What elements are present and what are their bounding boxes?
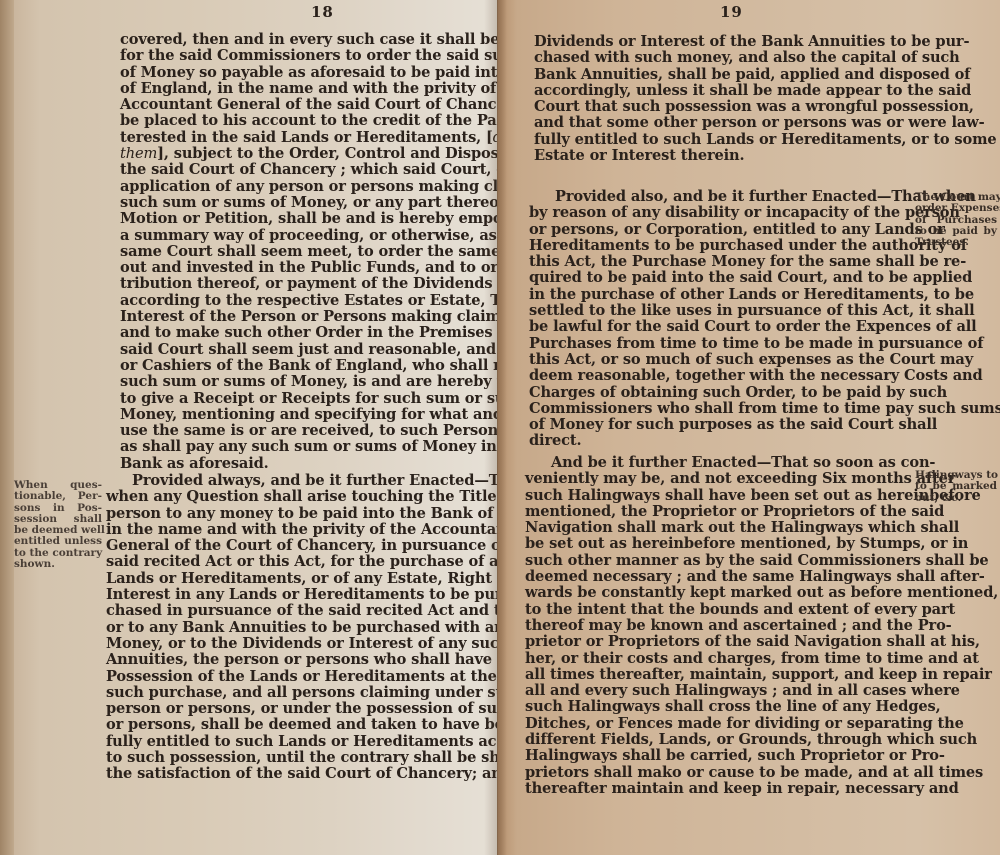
text-line: Halingways shall be carried, such Propri… bbox=[525, 748, 918, 764]
text-line: to be marked bbox=[915, 481, 997, 492]
text-line: Motion or Petition, shall be and is here… bbox=[120, 211, 497, 227]
text-line: application of any person or persons mak… bbox=[120, 179, 497, 195]
text-line: Money, mentioning and specifying for wha… bbox=[120, 407, 497, 423]
text-line: Possession of the Lands or Hereditaments… bbox=[106, 669, 497, 685]
text-line: Lands or Hereditaments, or of any Estate… bbox=[106, 571, 497, 587]
text-line: different Fields, Lands, or Grounds, thr… bbox=[525, 732, 918, 748]
text-line: when any Question shall arise touching t… bbox=[106, 489, 497, 505]
text-line: mentioned, the Proprietor or Proprietors… bbox=[525, 504, 918, 520]
text-line: to give a Receipt or Receipts for such s… bbox=[120, 391, 497, 407]
text-line: be set out as hereinbefore mentioned, by… bbox=[525, 536, 918, 552]
text-line: out, &c. bbox=[915, 493, 997, 504]
text-line: of England, in the name and with the pri… bbox=[120, 81, 497, 97]
text-line: Dividends or Interest of the Bank Annuit… bbox=[534, 34, 917, 50]
text-line: order Expenses bbox=[915, 203, 997, 214]
text-line: be placed to his account to the credit o… bbox=[120, 113, 497, 129]
paragraph-continuation: covered, then and in every such case it … bbox=[120, 32, 497, 472]
text-line: prietor or Proprietors of the said Navig… bbox=[525, 634, 918, 650]
text-line: fully entitled to such Lands or Heredita… bbox=[106, 734, 497, 750]
text-line: thereafter maintain and keep in repair, … bbox=[525, 781, 918, 797]
text-line: chased with such money, and also the cap… bbox=[534, 50, 917, 66]
text-line: said Court shall seem just and reasonabl… bbox=[120, 342, 497, 358]
left-page: 18 covered, then and in every such case … bbox=[0, 0, 497, 855]
paragraph-dividends: Dividends or Interest of the Bank Annuit… bbox=[534, 34, 917, 164]
text-line: of Money for such purposes as the said C… bbox=[529, 417, 918, 433]
text-line: fully entitled to such Lands or Heredita… bbox=[534, 132, 917, 148]
text-line: Hereditaments to be purchased under the … bbox=[529, 238, 918, 254]
text-line: deemed necessary ; and the same Halingwa… bbox=[525, 569, 918, 585]
text-line: And be it further Enacted—That so soon a… bbox=[525, 455, 918, 471]
text-line: according to the respective Estates or E… bbox=[120, 293, 497, 309]
text-line: accordingly, unless it shall be made app… bbox=[534, 83, 917, 99]
text-line: settled to the like uses in pursuance of… bbox=[529, 303, 918, 319]
text-line: be lawful for the said Court to order th… bbox=[529, 319, 918, 335]
text-line: Money, or to the Dividends or Interest o… bbox=[106, 636, 497, 652]
text-line: all times thereafter, maintain, support,… bbox=[525, 667, 918, 683]
text-line: them], subject to the Order, Control and… bbox=[120, 146, 497, 162]
text-line: to the intent that the bounds and extent… bbox=[525, 602, 918, 618]
text-line: such purchase, and all persons claiming … bbox=[106, 685, 497, 701]
text-line: use the same is or are received, to such… bbox=[120, 423, 497, 439]
text-line: prietors shall mako or cause to be made,… bbox=[525, 765, 918, 781]
text-line: shown. bbox=[14, 559, 102, 570]
text-line: or persons, or Corporation, entitled to … bbox=[529, 222, 918, 238]
paragraph-provided-always: Provided always, and be it further Enact… bbox=[106, 473, 497, 783]
text-line: or persons, shall be deemed and taken to… bbox=[106, 717, 497, 733]
text-line: tribution thereof, or payment of the Div… bbox=[120, 276, 497, 292]
text-line: terested in the said Lands or Hereditame… bbox=[120, 130, 497, 146]
text-line: covered, then and in every such case it … bbox=[120, 32, 497, 48]
text-line: to such possession, until the contrary s… bbox=[106, 750, 497, 766]
text-line: and that some other person or persons wa… bbox=[534, 115, 917, 131]
text-line: Interest in any Lands or Hereditaments t… bbox=[106, 587, 497, 603]
text-line: her, or their costs and charges, from ti… bbox=[525, 651, 918, 667]
text-line: all and every such Halingways ; and in a… bbox=[525, 683, 918, 699]
text-line: or Cashiers of the Bank of England, who … bbox=[120, 358, 497, 374]
text-line: Commissioners who shall from time to tim… bbox=[529, 401, 918, 417]
text-line: deem reasonable, together with the neces… bbox=[529, 368, 918, 384]
text-line: Bank as aforesaid. bbox=[120, 456, 497, 472]
text-line: such other manner as by the said Commiss… bbox=[525, 553, 918, 569]
text-line: in the name and with the privity of the … bbox=[106, 522, 497, 538]
text-line: Trustees. bbox=[915, 237, 997, 248]
text-line: for the said Commissioners to order the … bbox=[120, 48, 497, 64]
text-line: a summary way of proceeding, or otherwis… bbox=[120, 228, 497, 244]
text-line: of Money so payable as aforesaid to be p… bbox=[120, 65, 497, 81]
text-line: out and invested in the Public Funds, an… bbox=[120, 260, 497, 276]
text-line: Purchases from time to time to be made i… bbox=[529, 336, 918, 352]
margin-note-halingways: Halingways toto be markedout, &c. bbox=[915, 470, 997, 504]
text-line: this Act, the Purchase Money for the sam… bbox=[529, 254, 918, 270]
margin-note-expenses: The Court mayorder Expensesof Purchasest… bbox=[915, 192, 997, 248]
text-line: Charges of obtaining such Order, to be p… bbox=[529, 385, 918, 401]
text-line: Navigation shall mark out the Halingways… bbox=[525, 520, 918, 536]
right-page: 19 Dividends or Interest of the Bank Ann… bbox=[497, 0, 1000, 855]
text-line: tionable, Per- bbox=[14, 491, 102, 502]
paragraph-halingways: And be it further Enacted—That so soon a… bbox=[525, 455, 918, 797]
text-line: Bank Annuities, shall be paid, applied a… bbox=[534, 67, 917, 83]
text-line: Provided always, and be it further Enact… bbox=[106, 473, 497, 489]
text-line: direct. bbox=[529, 433, 918, 449]
text-line: as shall pay any such sum or sums of Mon… bbox=[120, 439, 497, 455]
text-line: General of the Court of Chancery, in pur… bbox=[106, 538, 497, 554]
margin-note-possession: When ques-tionable, Per-sons in Pos-sess… bbox=[14, 480, 102, 570]
text-line: Provided also, and be it further Enacted… bbox=[529, 189, 918, 205]
text-line: the satisfaction of the said Court of Ch… bbox=[106, 766, 497, 782]
text-line: and to make such other Order in the Prem… bbox=[120, 325, 497, 341]
book-gutter bbox=[484, 0, 498, 855]
text-line: the said Court of Chancery ; which said … bbox=[120, 162, 497, 178]
text-line: Interest of the Person or Persons making… bbox=[120, 309, 497, 325]
paragraph-provided-also: Provided also, and be it further Enacted… bbox=[529, 189, 918, 450]
text-line: Ditches, or Fences made for dividing or … bbox=[525, 716, 918, 732]
text-line: thereof may be known and ascertained ; a… bbox=[525, 618, 918, 634]
text-line: this Act, or so much of such expenses as… bbox=[529, 352, 918, 368]
page-number-left: 18 bbox=[311, 3, 334, 21]
text-line: chased in pursuance of the said recited … bbox=[106, 603, 497, 619]
text-line: such Halingways shall cross the line of … bbox=[525, 699, 918, 715]
text-line: quired to be paid into the said Court, a… bbox=[529, 270, 918, 286]
text-line: or to any Bank Annuities to be purchased… bbox=[106, 620, 497, 636]
text-line: veniently may be, and not exceeding Six … bbox=[525, 471, 918, 487]
text-line: said recited Act or this Act, for the pu… bbox=[106, 554, 497, 570]
text-line: Accountant General of the said Court of … bbox=[120, 97, 497, 113]
text-line: such sum or sums of Money, is and are he… bbox=[120, 374, 497, 390]
text-line: Estate or Interest therein. bbox=[534, 148, 917, 164]
text-line: in the purchase of other Lands or Heredi… bbox=[529, 287, 918, 303]
text-line: same Court shall seem meet, to order the… bbox=[120, 244, 497, 260]
text-line: Court that such possession was a wrongfu… bbox=[534, 99, 917, 115]
text-line: Annuities, the person or persons who sha… bbox=[106, 652, 497, 668]
text-line: by reason of any disability or incapacit… bbox=[529, 205, 918, 221]
text-line: such sum or sums of Money, or any part t… bbox=[120, 195, 497, 211]
text-line: person to any money to be paid into the … bbox=[106, 506, 497, 522]
text-line: wards be constantly kept marked out as b… bbox=[525, 585, 918, 601]
text-line: such Halingways shall have been set out … bbox=[525, 488, 918, 504]
text-line: person or persons, or under the possessi… bbox=[106, 701, 497, 717]
page-number-right: 19 bbox=[720, 3, 743, 21]
